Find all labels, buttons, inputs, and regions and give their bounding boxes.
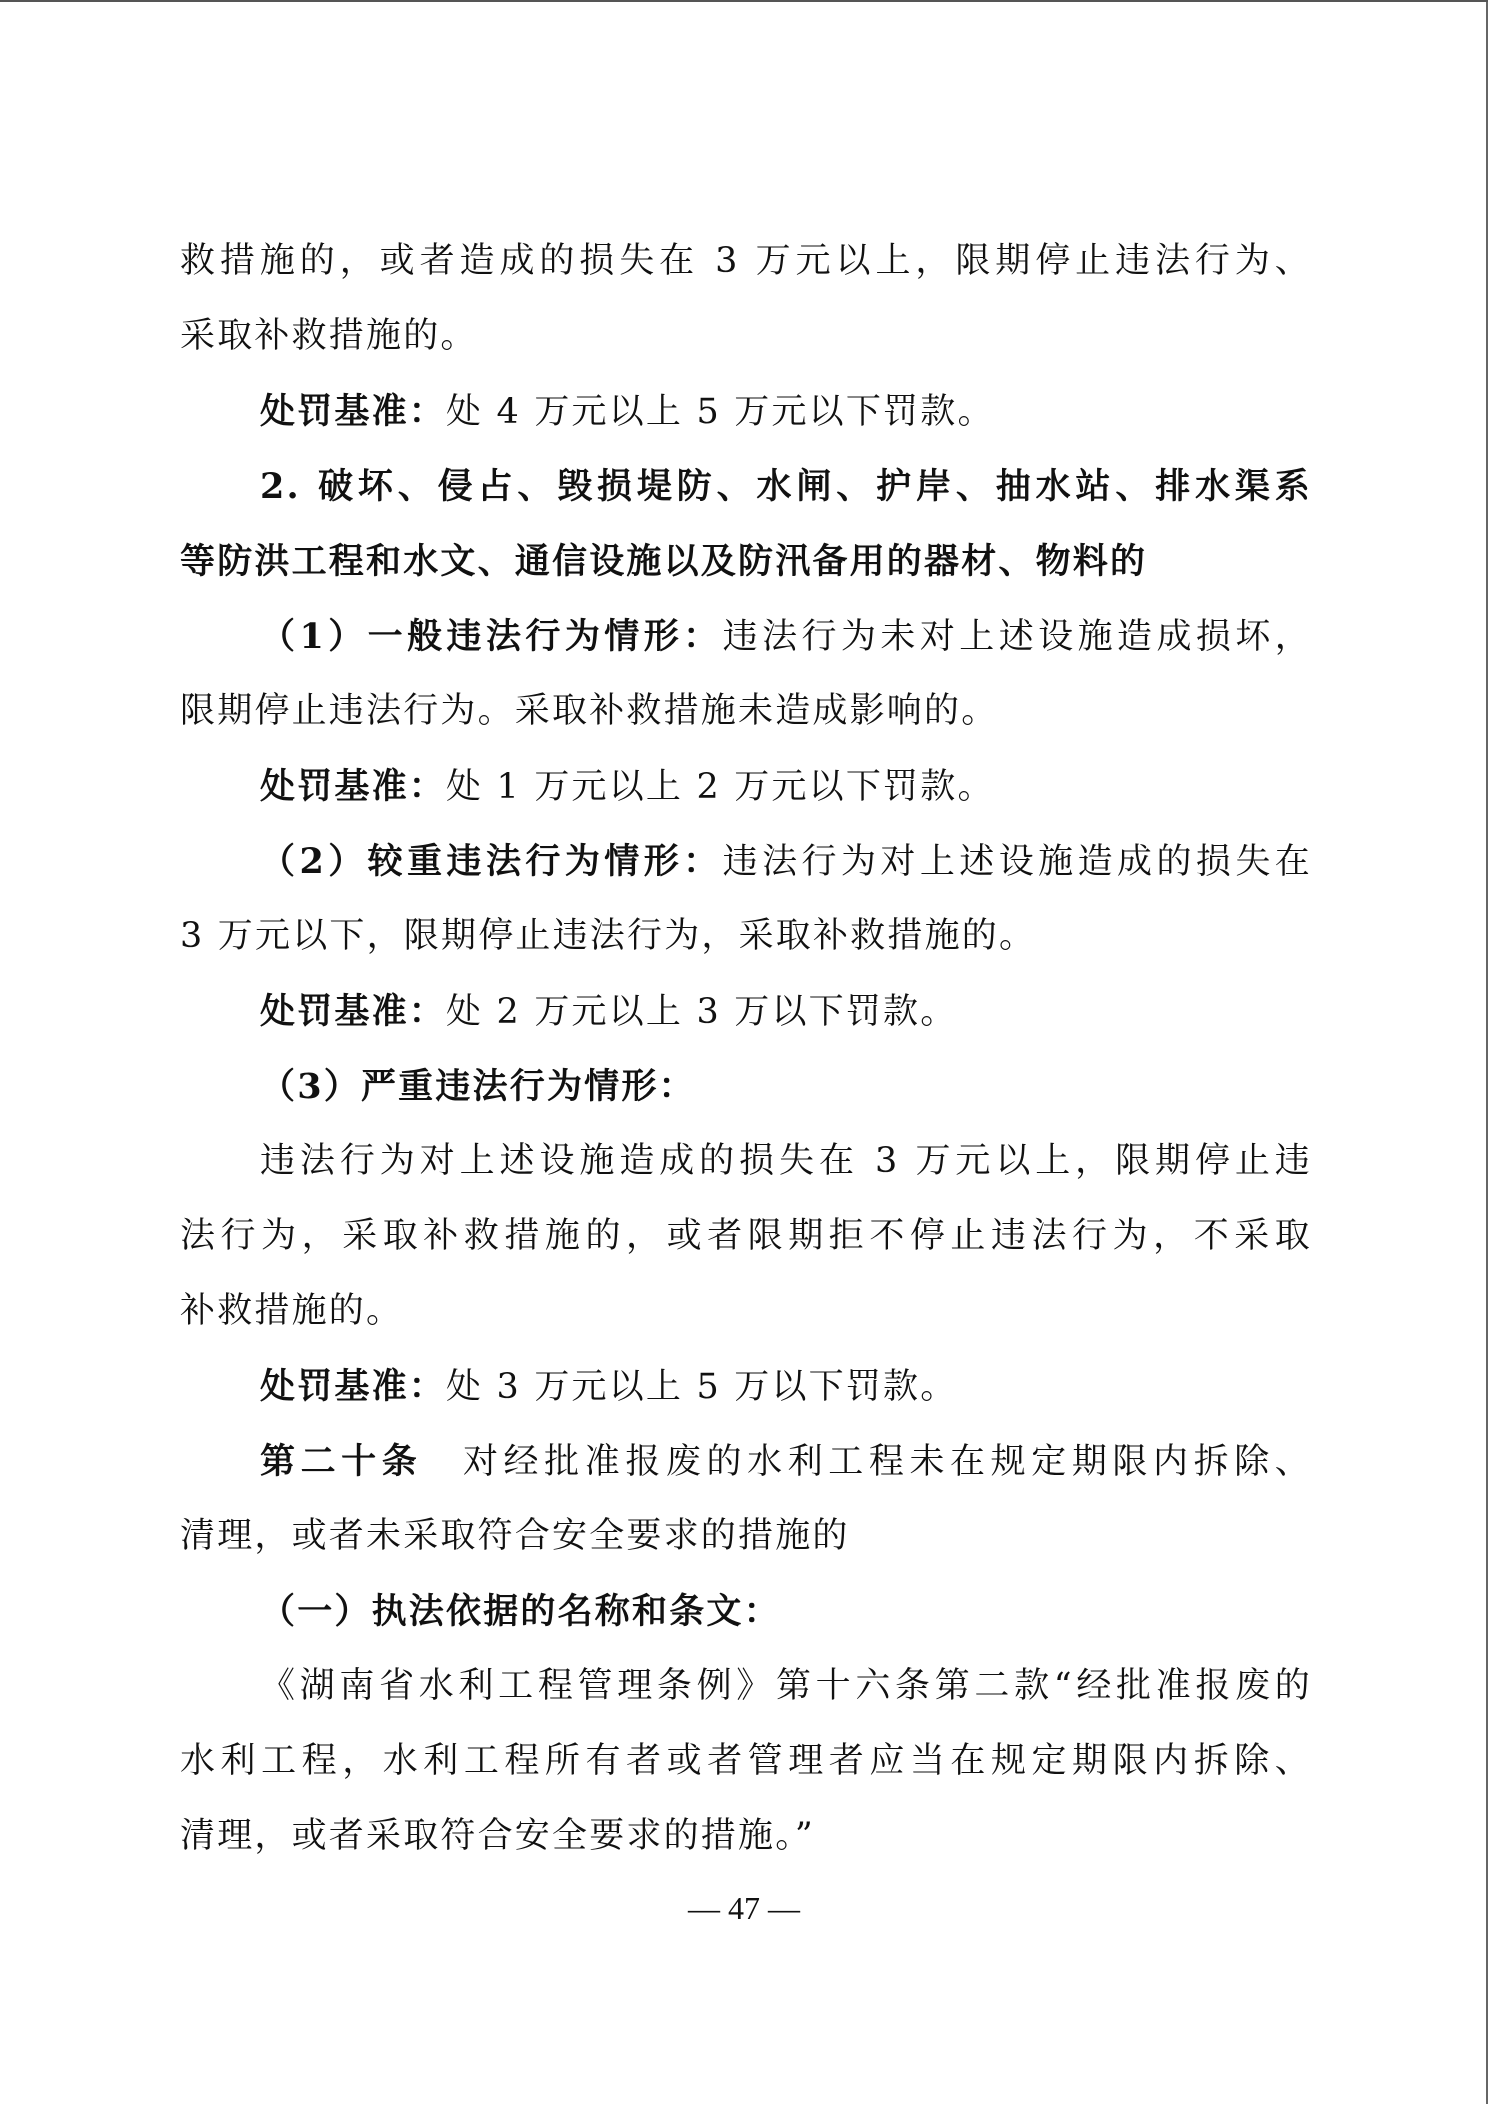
text-line: 法行为，采取补救措施的，或者限期拒不停止违法行为，不采取 [180,1199,1312,1274]
line-text: 处 1 万元以上 2 万元以下罚款。 [446,767,995,807]
text-line: 采取补救措施的。 [180,299,1312,374]
text-line: 限期停止违法行为。采取补救措施未造成影响的。 [180,674,1312,749]
text-line: 等防洪工程和水文、通信设施以及防汛备用的器材、物料的 [180,524,1312,599]
text-line: 违法行为对上述设施造成的损失在 3 万元以上，限期停止违 [180,1124,1312,1199]
line-text: 补救措施的。 [180,1291,403,1331]
line-text: 限期停止违法行为。采取补救措施未造成影响的。 [180,691,998,731]
bold-label: （3）严重违法行为情形： [260,1066,696,1107]
bold-label: 处罚基准： [260,1366,446,1407]
bold-label: 处罚基准： [260,991,446,1032]
line-text: 水利工程，水利工程所有者或者管理者应当在规定期限内拆除、 [180,1741,1312,1781]
text-line: 补救措施的。 [180,1274,1312,1349]
text-line: 处罚基准：处 3 万元以上 5 万以下罚款。 [180,1349,1312,1424]
bold-label: 处罚基准： [260,391,446,432]
line-text: 法行为，采取补救措施的，或者限期拒不停止违法行为，不采取 [180,1216,1312,1256]
text-line: 2. 破坏、侵占、毁损堤防、水闸、护岸、抽水站、排水渠系 [180,449,1312,524]
text-line: 处罚基准：处 4 万元以上 5 万元以下罚款。 [180,374,1312,449]
line-text: 违法行为未对上述设施造成损坏， [723,617,1312,657]
text-line: 《湖南省水利工程管理条例》第十六条第二款“经批准报废的 [180,1649,1312,1724]
bold-label: 第二十条 [260,1441,422,1482]
text-line: （2）较重违法行为情形：违法行为对上述设施造成的损失在 [180,824,1312,899]
line-text: 清理，或者采取符合安全要求的措施。” [180,1816,815,1856]
bold-label: （一）执法依据的名称和条文： [260,1591,781,1632]
text-line: 救措施的，或者造成的损失在 3 万元以上，限期停止违法行为、 [180,224,1312,299]
text-line: 第二十条 对经批准报废的水利工程未在规定期限内拆除、 [180,1424,1312,1499]
line-text: 救措施的，或者造成的损失在 3 万元以上，限期停止违法行为、 [180,241,1312,281]
text-line: 清理，或者未采取符合安全要求的措施的 [180,1499,1312,1574]
text-line: 3 万元以下，限期停止违法行为，采取补救措施的。 [180,899,1312,974]
text-line: （3）严重违法行为情形： [180,1049,1312,1124]
line-text: 违法行为对上述设施造成的损失在 3 万元以上，限期停止违 [260,1141,1312,1181]
text-line: （1）一般违法行为情形：违法行为未对上述设施造成损坏， [180,599,1312,674]
line-text: 《湖南省水利工程管理条例》第十六条第二款“经批准报废的 [260,1666,1312,1706]
line-text: 3 万元以下，限期停止违法行为，采取补救措施的。 [180,916,1036,956]
line-text: 处 3 万元以上 5 万以下罚款。 [446,1367,957,1407]
text-line: 清理，或者采取符合安全要求的措施。” [180,1799,1312,1874]
line-text: 清理，或者未采取符合安全要求的措施的 [180,1516,850,1556]
bold-label: 处罚基准： [260,766,446,807]
bold-label: 等防洪工程和水文、通信设施以及防汛备用的器材、物料的 [180,541,1147,582]
text-line: 处罚基准：处 1 万元以上 2 万元以下罚款。 [180,749,1312,824]
document-body: 救措施的，或者造成的损失在 3 万元以上，限期停止违法行为、采取补救措施的。处罚… [180,224,1312,1874]
page-number: — 47 — [0,1890,1488,1927]
text-line: 水利工程，水利工程所有者或者管理者应当在规定期限内拆除、 [180,1724,1312,1799]
line-text: 采取补救措施的。 [180,316,478,356]
line-text: 处 4 万元以上 5 万元以下罚款。 [446,392,995,432]
line-text: 处 2 万元以上 3 万以下罚款。 [446,992,957,1032]
line-text: 对经批准报废的水利工程未在规定期限内拆除、 [422,1442,1312,1482]
line-text: 违法行为对上述设施造成的损失在 [723,842,1312,882]
bold-label: （2）较重违法行为情形： [260,841,723,882]
bold-label: 2. 破坏、侵占、毁损堤防、水闸、护岸、抽水站、排水渠系 [260,466,1312,507]
text-line: 处罚基准：处 2 万元以上 3 万以下罚款。 [180,974,1312,1049]
document-page: 救措施的，或者造成的损失在 3 万元以上，限期停止违法行为、采取补救措施的。处罚… [0,0,1488,2104]
text-line: （一）执法依据的名称和条文： [180,1574,1312,1649]
bold-label: （1）一般违法行为情形： [260,616,723,657]
